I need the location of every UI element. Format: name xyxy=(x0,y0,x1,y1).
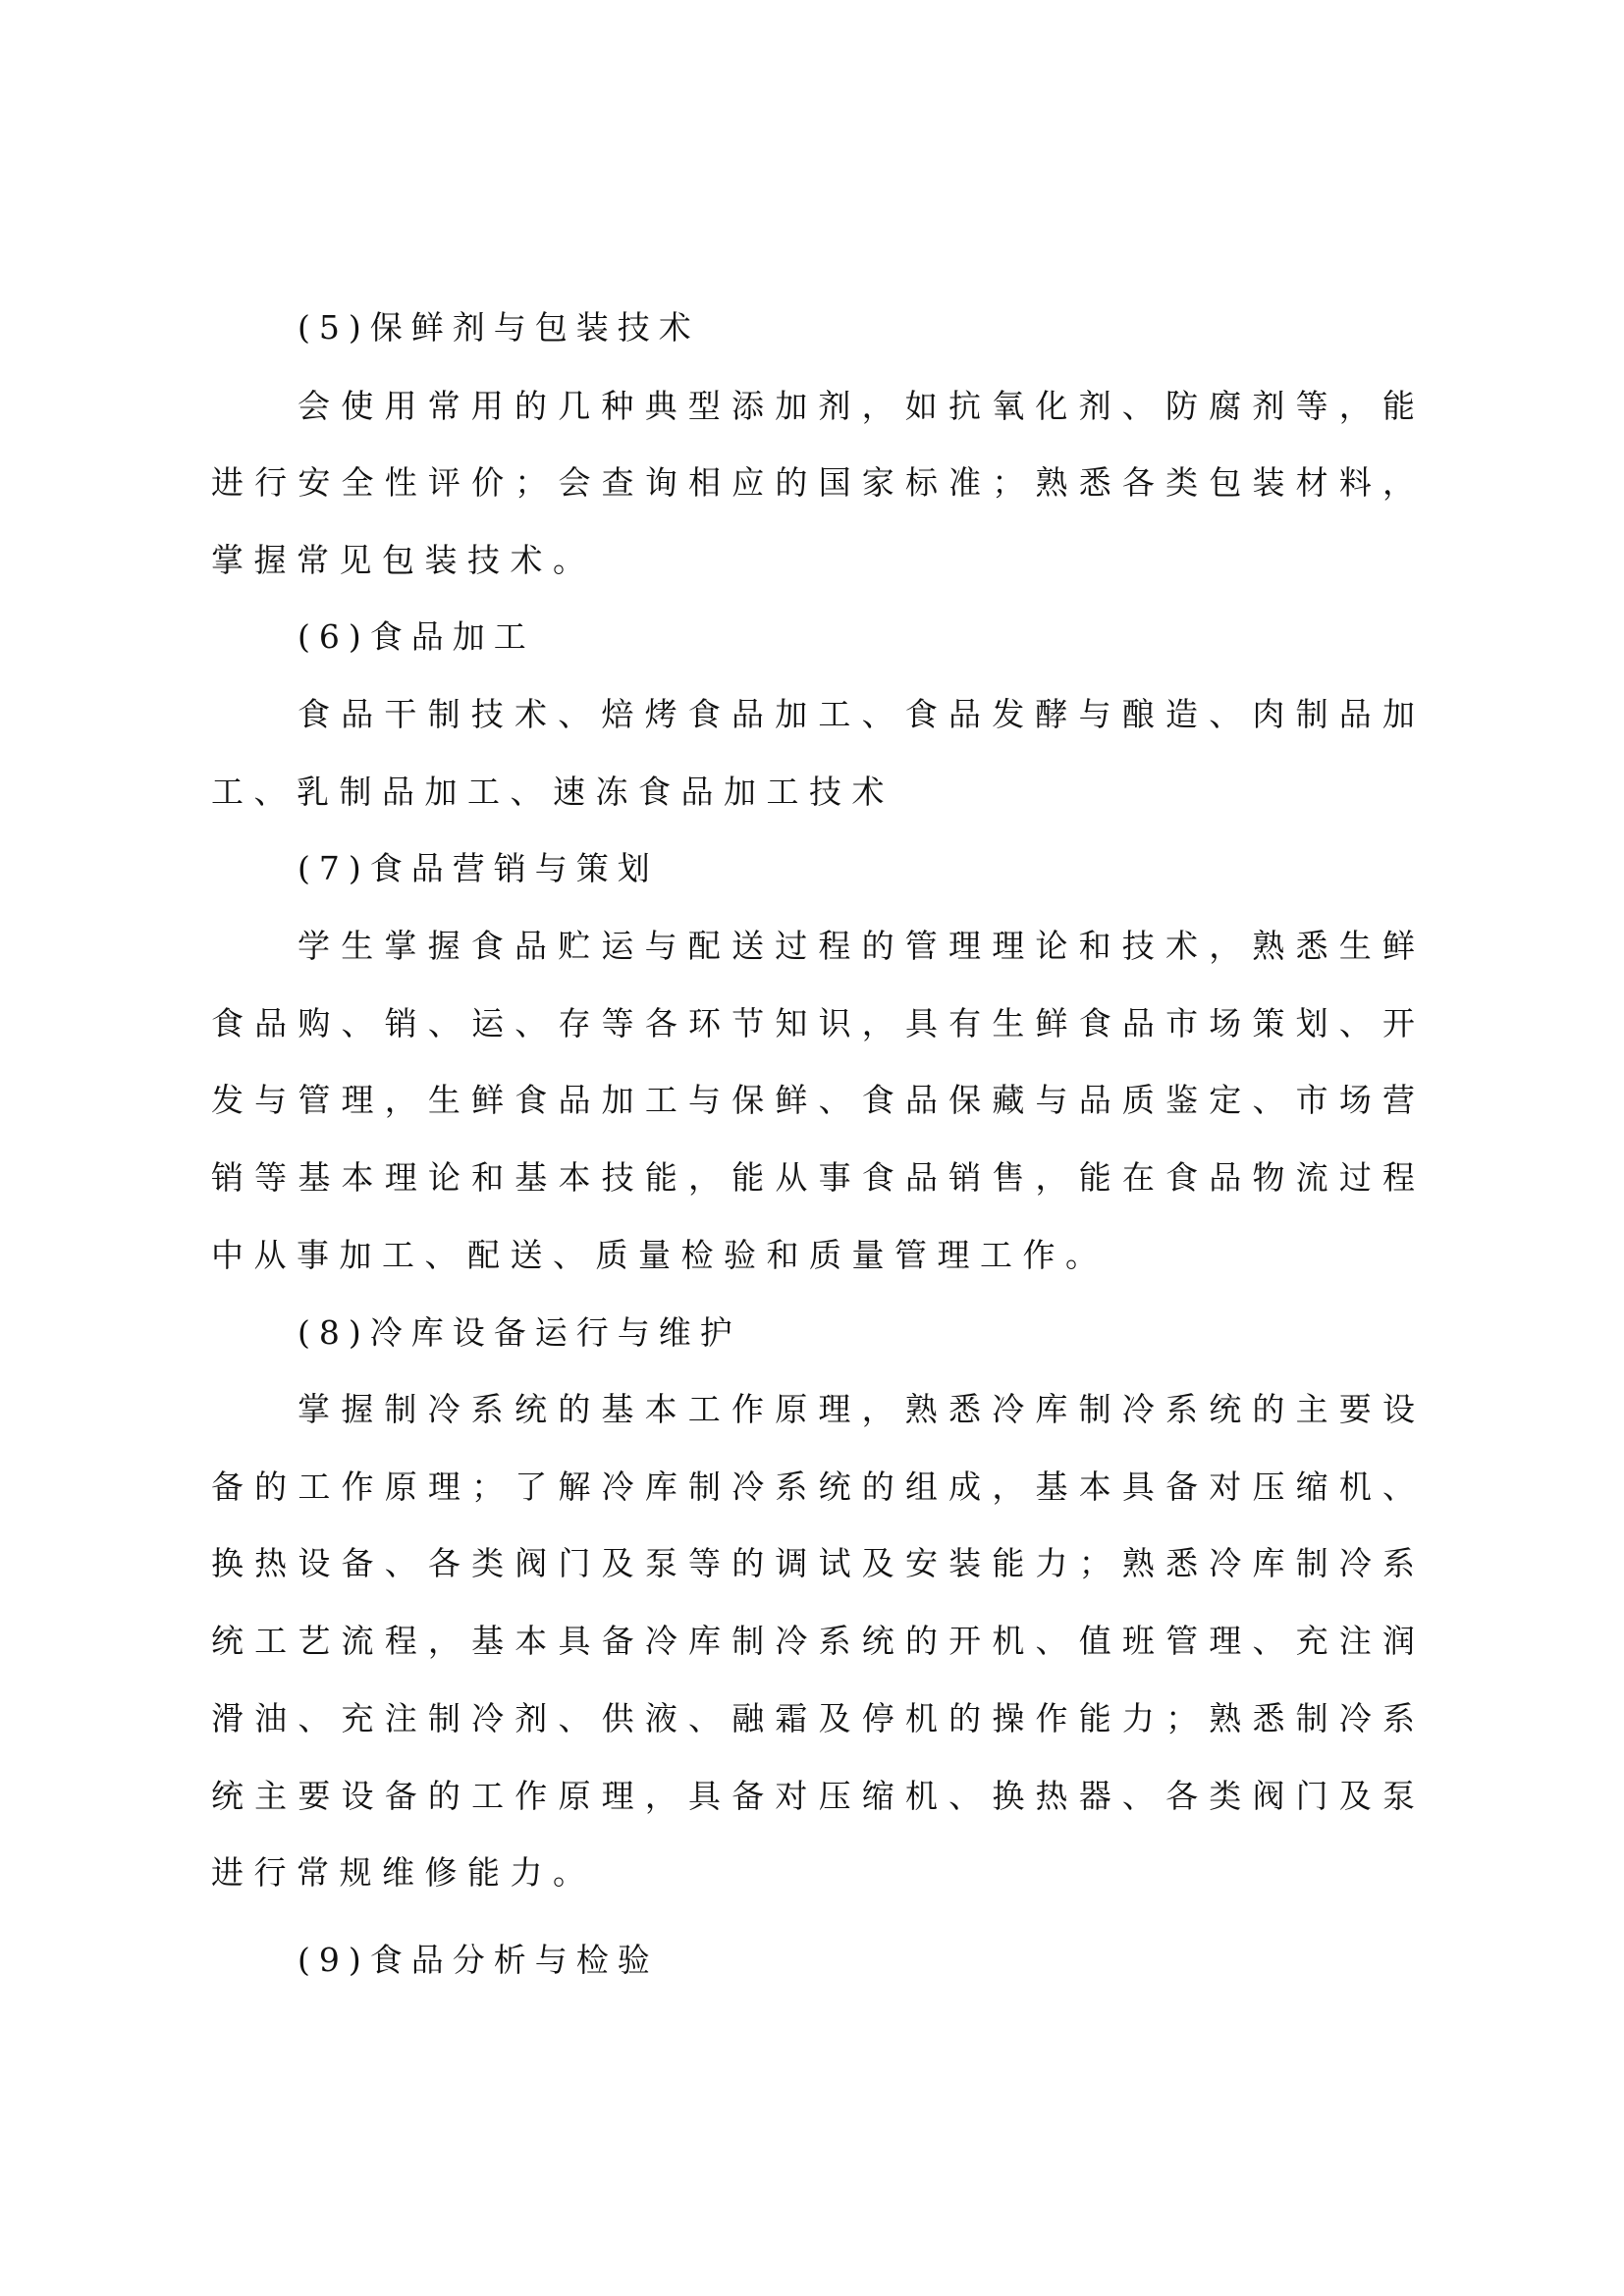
paragraph-line: 工、乳制品加工、速冻食品加工技术 xyxy=(211,771,1415,814)
paragraph-line: 学生掌握食品贮运与配送过程的管理理论和技术，熟悉生鲜 xyxy=(298,925,1415,968)
section-heading-7: (7)食品营销与策划 xyxy=(298,847,1415,890)
paragraph-line: 掌握常见包装技术。 xyxy=(211,539,1415,582)
paragraph-line: 备的工作原理；了解冷库制冷系统的组成，基本具备对压缩机、 xyxy=(211,1466,1415,1509)
paragraph-line: 滑油、充注制冷剂、供液、融霜及停机的操作能力；熟悉制冷系 xyxy=(211,1697,1415,1740)
section-heading-8: (8)冷库设备运行与维护 xyxy=(298,1311,1415,1355)
paragraph-line: 发与管理，生鲜食品加工与保鲜、食品保藏与品质鉴定、市场营 xyxy=(211,1079,1415,1122)
section-heading-9: (9)食品分析与检验 xyxy=(298,1939,1415,1982)
section-heading-6: (6)食品加工 xyxy=(298,615,1415,659)
paragraph-line: 统主要设备的工作原理，具备对压缩机、换热器、各类阀门及泵 xyxy=(211,1775,1415,1818)
paragraph-line: 食品干制技术、焙烤食品加工、食品发酵与酿造、肉制品加 xyxy=(298,693,1415,736)
paragraph-line: 换热设备、各类阀门及泵等的调试及安装能力；熟悉冷库制冷系 xyxy=(211,1542,1415,1585)
document-page: (5)保鲜剂与包装技术 会使用常用的几种典型添加剂，如抗氧化剂、防腐剂等，能 进… xyxy=(0,0,1624,2296)
paragraph-line: 食品购、销、运、存等各环节知识，具有生鲜食品市场策划、开 xyxy=(211,1002,1415,1045)
paragraph-line: 会使用常用的几种典型添加剂，如抗氧化剂、防腐剂等，能 xyxy=(298,385,1415,428)
paragraph-line: 统工艺流程，基本具备冷库制冷系统的开机、值班管理、充注润 xyxy=(211,1620,1415,1663)
paragraph-line: 进行安全性评价；会查询相应的国家标准；熟悉各类包装材料， xyxy=(211,461,1415,505)
section-heading-5: (5)保鲜剂与包装技术 xyxy=(298,306,1415,349)
paragraph-line: 中从事加工、配送、质量检验和质量管理工作。 xyxy=(211,1234,1415,1277)
paragraph-line: 掌握制冷系统的基本工作原理，熟悉冷库制冷系统的主要设 xyxy=(298,1388,1415,1431)
paragraph-line: 销等基本理论和基本技能，能从事食品销售，能在食品物流过程 xyxy=(211,1156,1415,1200)
paragraph-line: 进行常规维修能力。 xyxy=(211,1851,1415,1895)
